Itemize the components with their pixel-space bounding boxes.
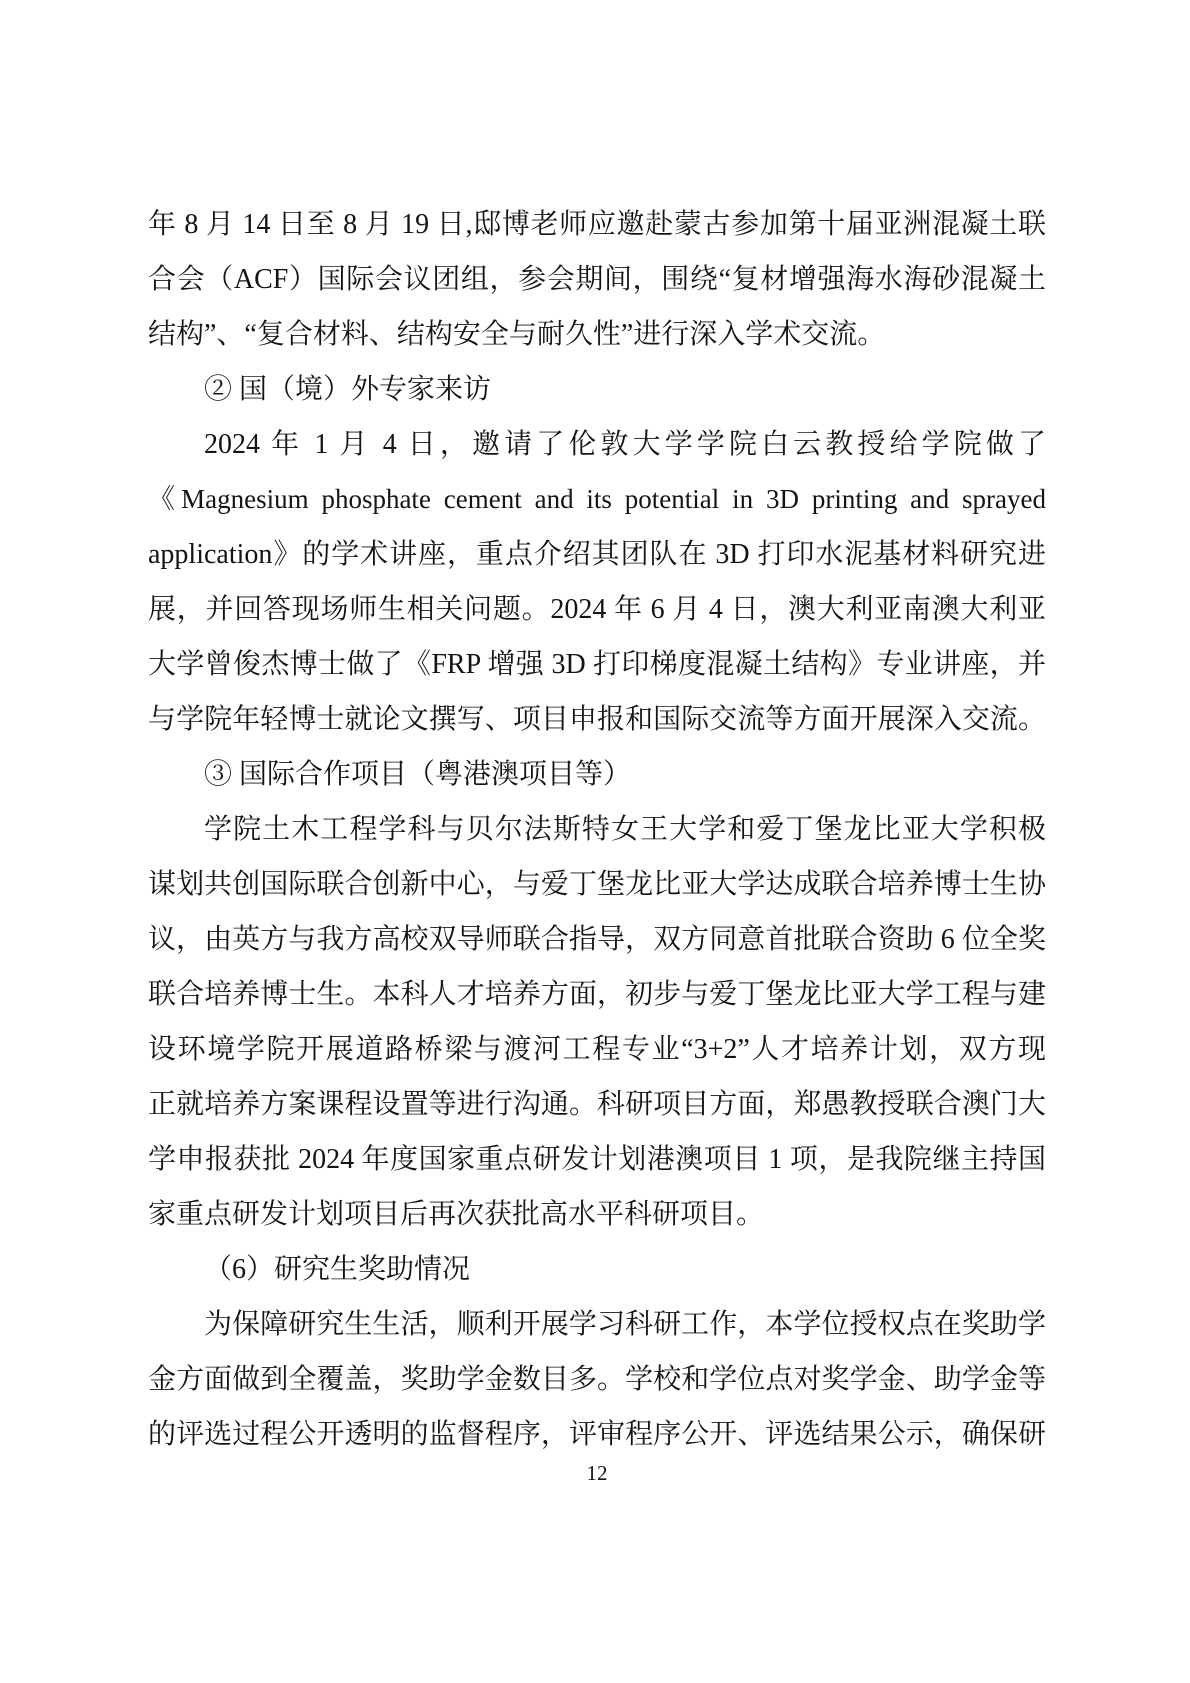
- text-line: 议，由英方与我方高校双导师联合指导，双方同意首批联合资助 6 位全奖: [148, 912, 1046, 967]
- text-line: 谋划共创国际联合创新中心，与爱丁堡龙比亚大学达成联合培养博士生协: [148, 857, 1046, 912]
- heading-section-6: （6）研究生奖助情况: [148, 1242, 1046, 1297]
- text-line: 与学院年轻博士就论文撰写、项目申报和国际交流等方面开展深入交流。: [148, 692, 1046, 747]
- text-line-english: 《Magnesium phosphate cement and its pote…: [148, 472, 1046, 527]
- text-line: 学申报获批 2024 年度国家重点研发计划港澳项目 1 项，是我院继主持国: [148, 1132, 1046, 1187]
- page-number: 12: [148, 1458, 1046, 1488]
- document-page: 年 8 月 14 日至 8 月 19 日,邸博老师应邀赴蒙古参加第十届亚洲混凝土…: [0, 0, 1190, 1683]
- heading-item-3: ③ 国际合作项目（粤港澳项目等）: [148, 747, 1046, 802]
- text-line: 展，并回答现场师生相关问题。2024 年 6 月 4 日，澳大利亚南澳大利亚: [148, 582, 1046, 637]
- text-line: 结构”、“复合材料、结构安全与耐久性”进行深入学术交流。: [148, 307, 1046, 362]
- text-line: 的评选过程公开透明的监督程序，评审程序公开、评选结果公示，确保研: [148, 1407, 1046, 1462]
- text-line: 大学曾俊杰博士做了《FRP 增强 3D 打印梯度混凝土结构》专业讲座，并: [148, 637, 1046, 692]
- text-line: 设环境学院开展道路桥梁与渡河工程专业“3+2”人才培养计划，双方现: [148, 1022, 1046, 1077]
- text-line: 学院土木工程学科与贝尔法斯特女王大学和爱丁堡龙比亚大学积极: [148, 802, 1046, 857]
- text-line: 联合培养博士生。本科人才培养方面，初步与爱丁堡龙比亚大学工程与建: [148, 967, 1046, 1022]
- text-line: 为保障研究生生活，顺利开展学习科研工作，本学位授权点在奖助学: [148, 1297, 1046, 1352]
- text-line: 2024 年 1 月 4 日，邀请了伦敦大学学院白云教授给学院做了: [148, 417, 1046, 472]
- page-body-text: 年 8 月 14 日至 8 月 19 日,邸博老师应邀赴蒙古参加第十届亚洲混凝土…: [148, 197, 1046, 1462]
- heading-item-2: ② 国（境）外专家来访: [148, 362, 1046, 417]
- text-line: 金方面做到全覆盖，奖助学金数目多。学校和学位点对奖学金、助学金等: [148, 1352, 1046, 1407]
- text-line: application》的学术讲座，重点介绍其团队在 3D 打印水泥基材料研究进: [148, 527, 1046, 582]
- text-line: 家重点研发计划项目后再次获批高水平科研项目。: [148, 1187, 1046, 1242]
- text-line: 正就培养方案课程设置等进行沟通。科研项目方面，郑愚教授联合澳门大: [148, 1077, 1046, 1132]
- text-line: 年 8 月 14 日至 8 月 19 日,邸博老师应邀赴蒙古参加第十届亚洲混凝土…: [148, 197, 1046, 252]
- text-line: 合会（ACF）国际会议团组，参会期间，围绕“复材增强海水海砂混凝土: [148, 252, 1046, 307]
